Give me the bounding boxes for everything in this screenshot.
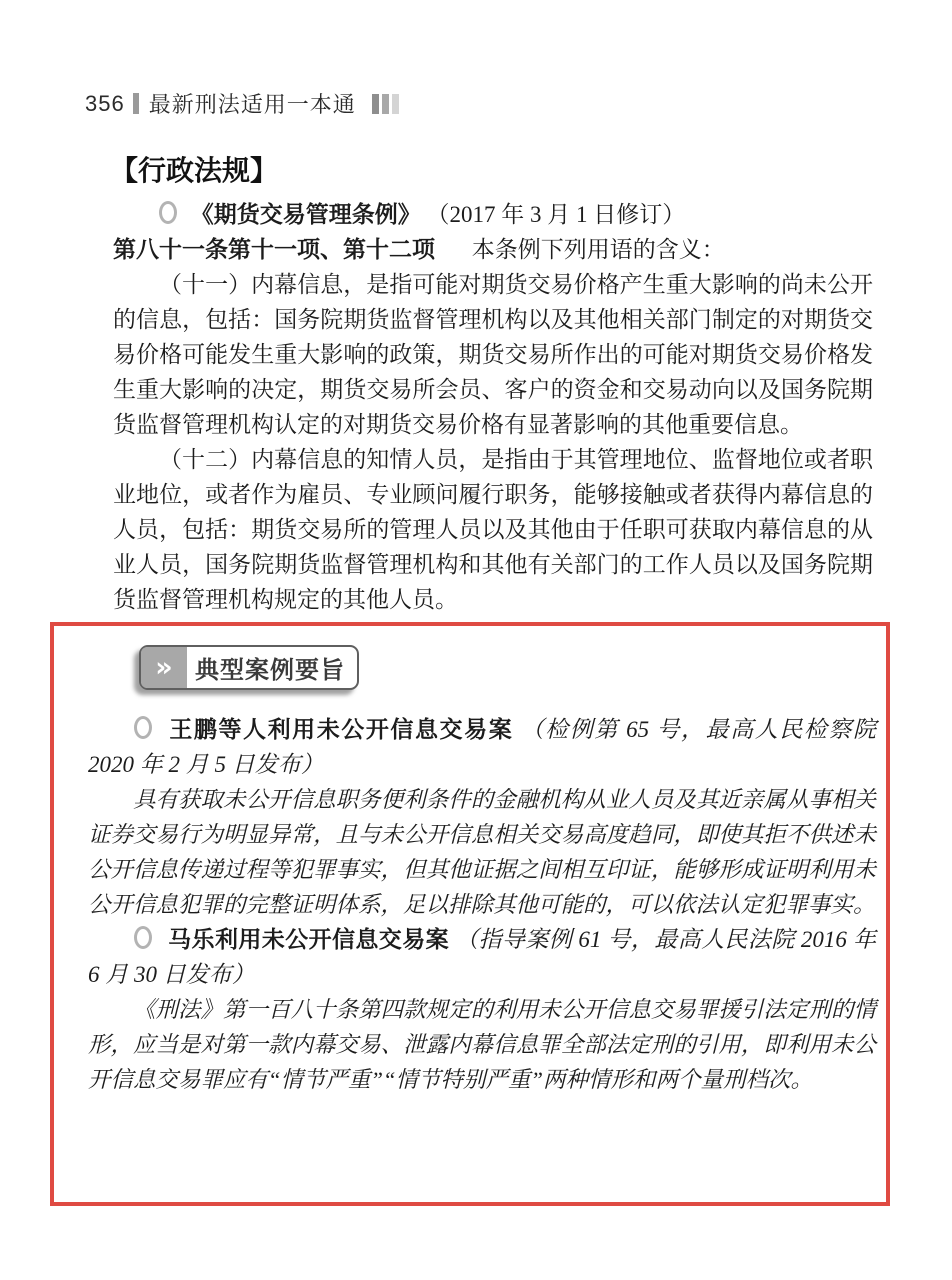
section-heading: 【行政法规】 bbox=[110, 149, 278, 189]
running-head: 356 最新刑法适用一本通 bbox=[85, 88, 402, 119]
regulation-paragraph: （十一）内幕信息，是指可能对期货交易价格产生重大影响的尚未公开的信息，包括：国务… bbox=[113, 267, 873, 442]
case-title-line: 马乐利用未公开信息交易案 （指导案例 61 号，最高人民法院 2016 年 6 … bbox=[88, 922, 876, 992]
page-number: 356 bbox=[85, 91, 125, 117]
typical-cases-box: » 典型案例要旨 王鹏等人利用未公开信息交易案 （检例第 65 号，最高人民检察… bbox=[50, 622, 890, 1206]
badge-label: 典型案例要旨 bbox=[187, 647, 357, 688]
regulation-paragraph: （十二）内幕信息的知情人员，是指由于其管理地位、监督地位或者职业地位，或者作为雇… bbox=[113, 442, 873, 617]
regulation-block: 《期货交易管理条例》 （2017 年 3 月 1 日修订） 第八十一条第十一项、… bbox=[113, 197, 873, 617]
regulation-title: 《期货交易管理条例》 bbox=[191, 201, 421, 227]
article-intro: 本条例下列用语的含义： bbox=[472, 237, 725, 262]
regulation-revision-note: （2017 年 3 月 1 日修订） bbox=[427, 202, 686, 227]
double-chevron-right-icon: » bbox=[141, 647, 187, 688]
ring-bullet-icon bbox=[134, 716, 152, 739]
article-ref: 第八十一条第十一项、第十二项 bbox=[113, 236, 435, 262]
case-title: 王鹏等人利用未公开信息交易案 bbox=[169, 716, 513, 742]
article-line: 第八十一条第十一项、第十二项本条例下列用语的含义： bbox=[113, 232, 873, 267]
case-title-line: 王鹏等人利用未公开信息交易案 （检例第 65 号，最高人民检察院 2020 年 … bbox=[88, 712, 876, 782]
cases-column: 王鹏等人利用未公开信息交易案 （检例第 65 号，最高人民检察院 2020 年 … bbox=[88, 712, 876, 1097]
typical-cases-badge: » 典型案例要旨 bbox=[139, 645, 359, 690]
book-page: 356 最新刑法适用一本通 【行政法规】 《期货交易管理条例》 （2017 年 … bbox=[0, 0, 952, 1280]
ring-bullet-icon bbox=[159, 201, 177, 224]
ring-bullet-icon bbox=[134, 926, 152, 949]
book-title: 最新刑法适用一本通 bbox=[149, 88, 356, 119]
case-title: 马乐利用未公开信息交易案 bbox=[168, 926, 449, 952]
case-summary: 《刑法》第一百八十条第四款规定的利用未公开信息交易罪援引法定刑的情形，应当是对第… bbox=[88, 992, 876, 1097]
case-summary: 具有获取未公开信息职务便利条件的金融机构从业人员及其近亲属从事相关证券交易行为明… bbox=[88, 782, 876, 922]
vertical-bar-icon bbox=[133, 93, 139, 114]
regulation-title-line: 《期货交易管理条例》 （2017 年 3 月 1 日修订） bbox=[113, 197, 873, 232]
three-bars-icon bbox=[372, 94, 402, 114]
